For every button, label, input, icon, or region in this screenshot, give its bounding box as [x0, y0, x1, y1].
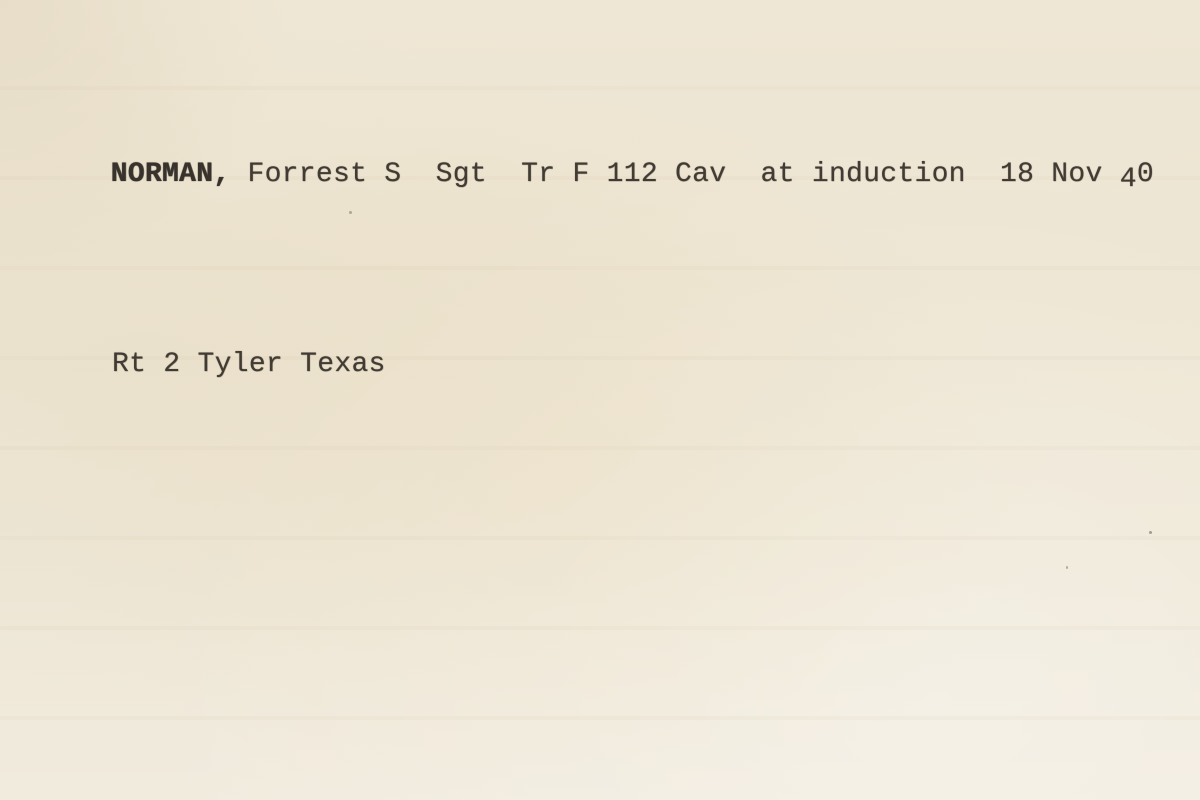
service-details-text: Forrest S Sgt Tr F 112 Cav at induction [230, 159, 1000, 190]
induction-date-day-month: 18 Nov [1000, 159, 1120, 190]
paper-speck [1149, 531, 1152, 534]
typewritten-line-1: NORMAN, Forrest S Sgt Tr F 112 Cav at in… [8, 118, 1154, 232]
induction-date-year-digit: 0 [1137, 159, 1154, 190]
typed-text-block: NORMAN, Forrest S Sgt Tr F 112 Cav at in… [8, 4, 1154, 498]
surname-text: NORMAN, [111, 159, 231, 190]
induction-date: 18 Nov 40 [1000, 159, 1154, 190]
typewritten-line-2-address: Rt 2 Tyler Texas [112, 346, 1154, 384]
paper-speck [1066, 566, 1068, 569]
index-card: NORMAN, Forrest S Sgt Tr F 112 Cav at in… [0, 0, 1200, 800]
induction-date-year-digit-low: 4 [1120, 161, 1137, 199]
